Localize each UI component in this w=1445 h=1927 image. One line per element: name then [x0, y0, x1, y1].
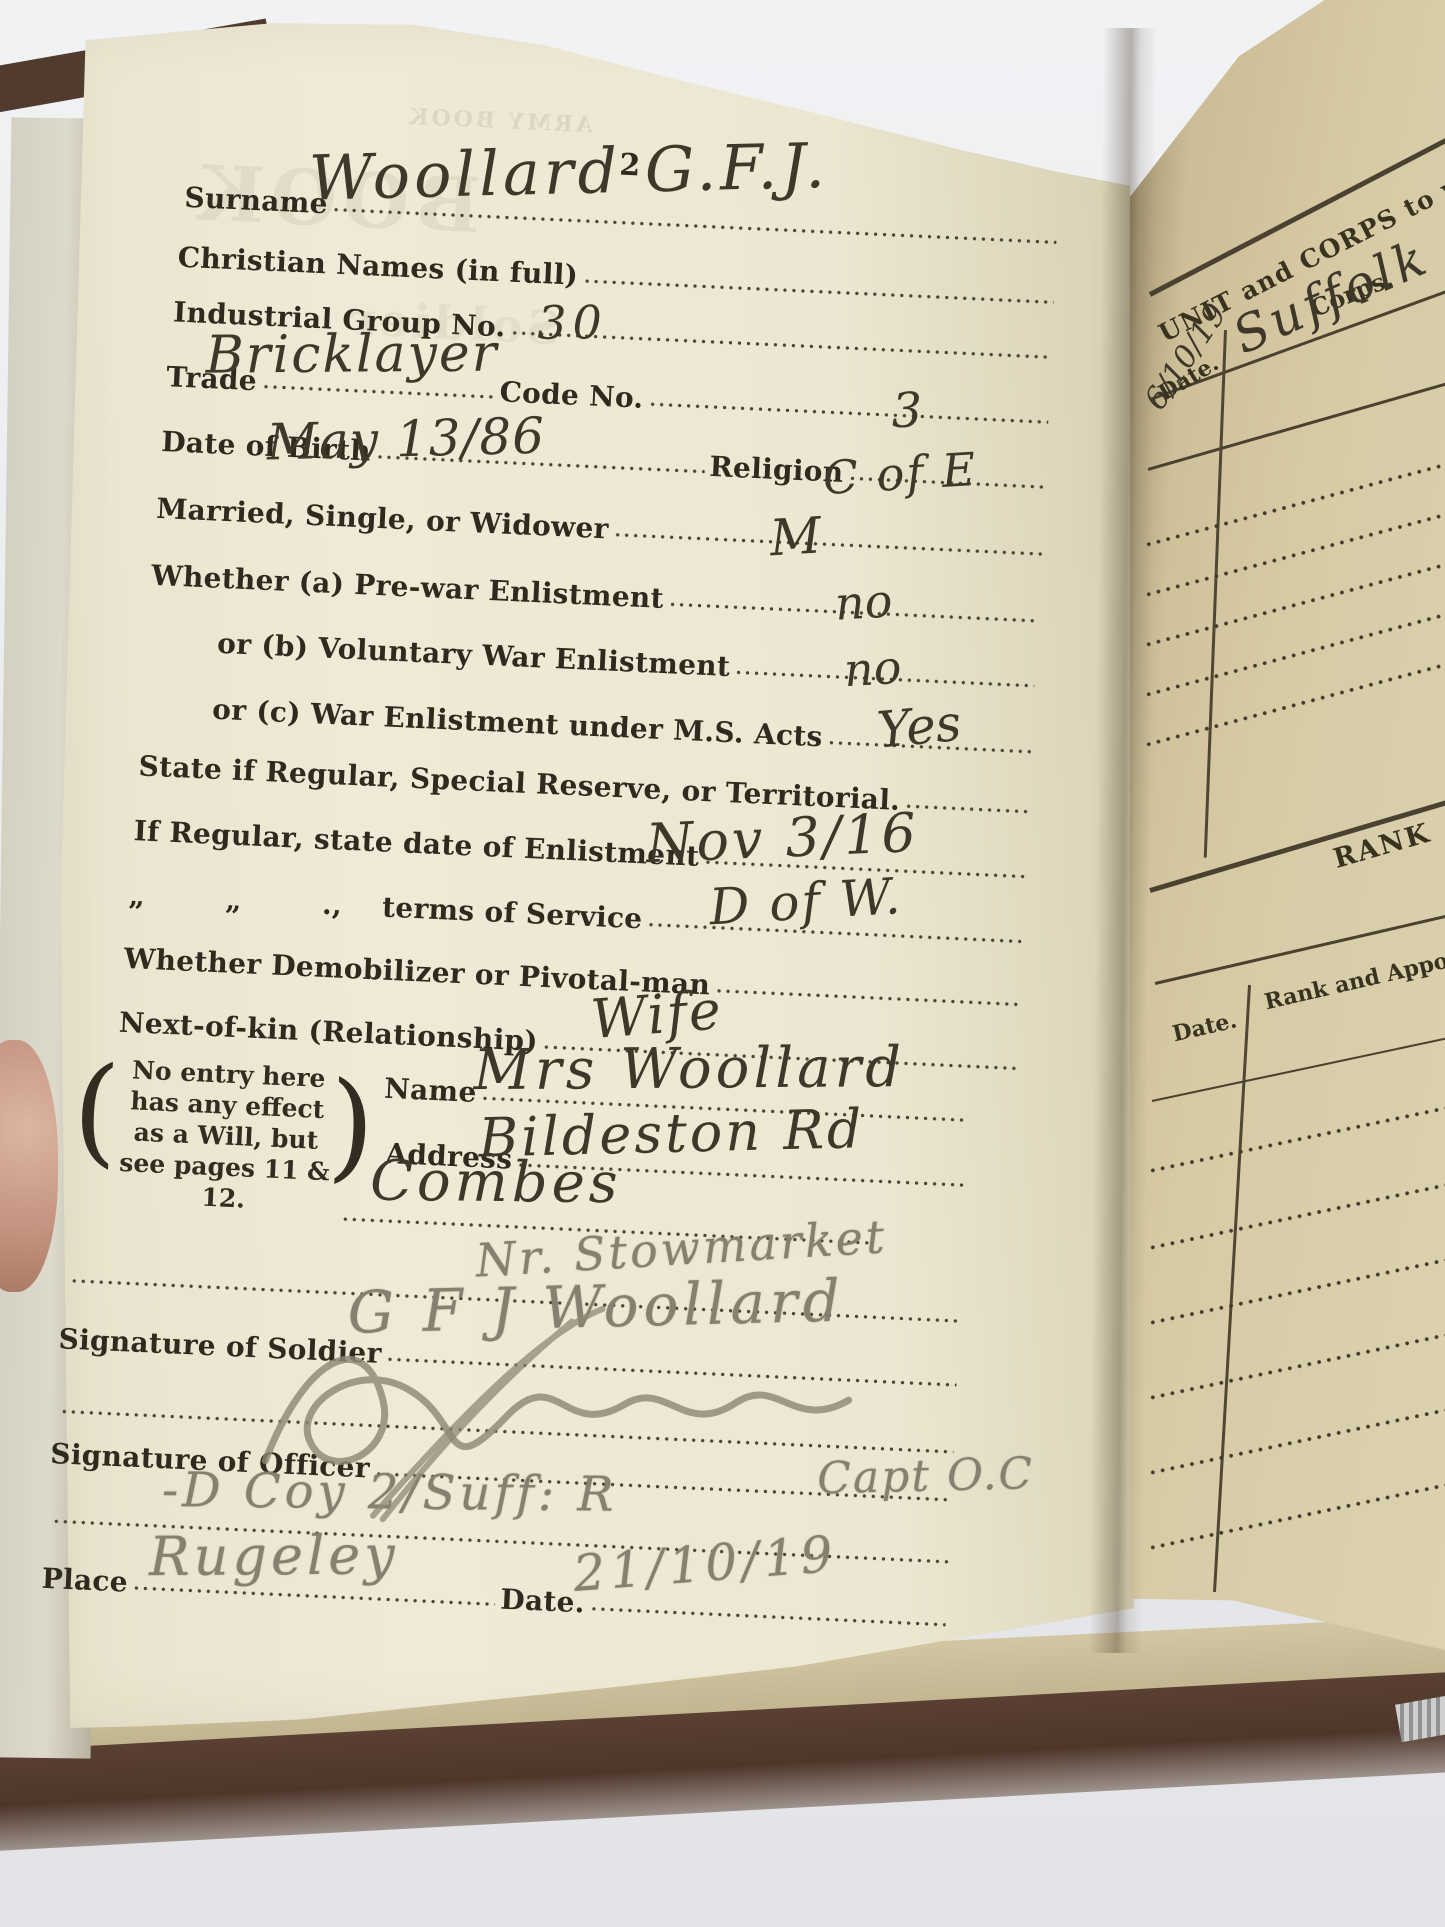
pre-war-label: Whether (a) Pre-war Enlistment [151, 559, 665, 615]
married-label: Married, Single, or Widower [156, 492, 610, 546]
enlistment-date-label: If Regular, state date of Enlistment [133, 814, 700, 873]
voluntary-label: or (b) Voluntary War Enlistment [217, 627, 731, 683]
date-of-birth-value: May 13/86 [266, 411, 545, 468]
nok-name-label: Name [384, 1072, 478, 1109]
christian-names-label: Christian Names (in full) [177, 241, 579, 292]
will-note-line: see pages 11 & 12. [107, 1146, 342, 1218]
date-label: Date. [500, 1583, 586, 1620]
dotted-line [262, 384, 494, 402]
ms-acts-value: Yes [875, 698, 963, 756]
place-value: Rugeley [149, 1528, 399, 1584]
nok-name-value: Mrs Woollard [473, 1040, 905, 1099]
officer-signature-scrawl [227, 1284, 897, 1554]
industrial-group-value: 30 [537, 299, 608, 345]
surname-label: Surname [184, 181, 329, 220]
page-marker [1395, 1696, 1445, 1742]
photo-of-army-book: ARMY BOOK BOOK Soldier 2 Surname Woollar… [0, 0, 1445, 1927]
code-no-value: 3 [891, 386, 923, 435]
dotted-line [590, 1606, 945, 1629]
dotted-line [649, 401, 1048, 426]
voluntary-value: no [843, 644, 903, 693]
nok-address2-value: Combes [370, 1154, 622, 1213]
trade-value: Bricklayer [205, 328, 498, 382]
left-page-content: ARMY BOOK BOOK Soldier 2 Surname Woollar… [0, 30, 1139, 1777]
enlistment-date-value: Nov 3/16 [645, 806, 920, 871]
field-row-married: Married, Single, or Widower [156, 492, 1049, 565]
dotted-line [716, 988, 1020, 1009]
ms-acts-label: or (c) War Enlistment under M.S. Acts [212, 693, 824, 754]
will-note: No entry here has any effect as a Will, … [107, 1053, 346, 1218]
terms-of-service-value: D of W. [708, 871, 904, 932]
pre-war-value: no [834, 577, 894, 626]
married-value: M [768, 510, 822, 563]
place-label: Place [41, 1562, 129, 1599]
religion-value: C of E [822, 446, 979, 501]
dotted-line [906, 803, 1029, 816]
field-row-demobilizer: Whether Demobilizer or Pivotal-man [123, 942, 1026, 1016]
dotted-line [614, 532, 1042, 558]
ghost-text-army-book: ARMY BOOK [406, 104, 594, 138]
dotted-line [584, 278, 1054, 306]
field-row-voluntary: or (b) Voluntary War Enlistment [217, 627, 1041, 697]
terms-of-service-label: terms of Service [381, 891, 643, 936]
ditto-marks: „ „ ., [128, 879, 343, 922]
field-row-pre-war: Whether (a) Pre-war Enlistment [151, 559, 1046, 633]
surname-value: Woollard G.F.J. [308, 135, 829, 210]
dotted-line [133, 1585, 495, 1608]
